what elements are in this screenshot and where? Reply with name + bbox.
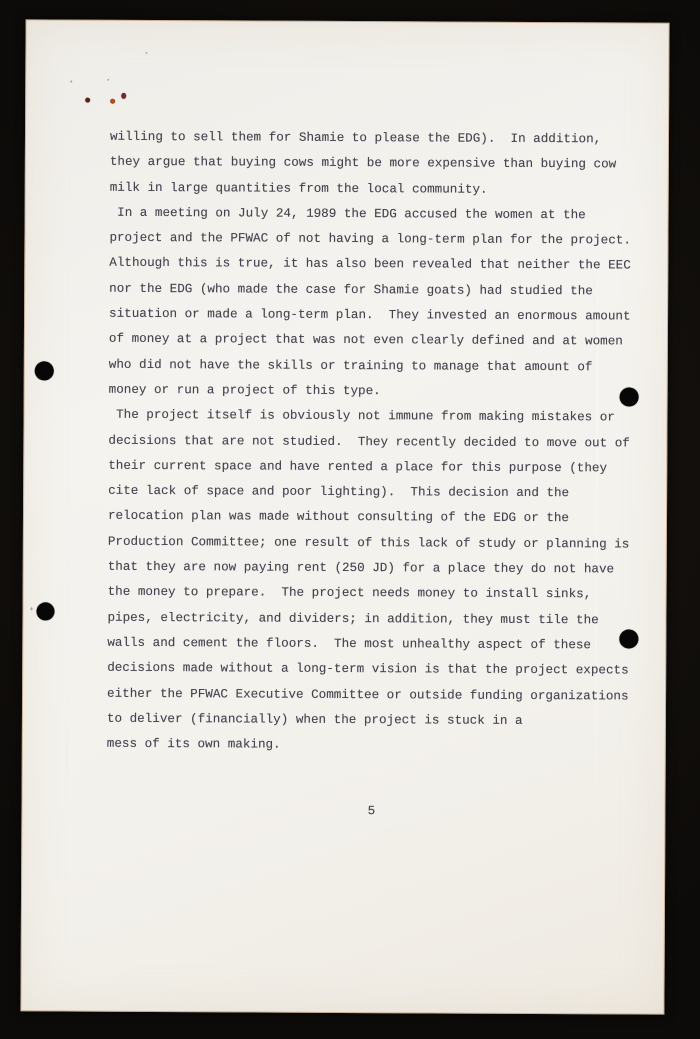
text-line: Although this is true, it has also been … [109, 251, 649, 279]
text-line: mess of its own making. [107, 732, 647, 760]
text-line: they argue that buying cows might be mor… [110, 150, 650, 178]
document-page: willing to sell them for Shamie to pleas… [20, 19, 669, 1014]
text-line: of money at a project that was not even … [109, 327, 649, 355]
dust-speck [31, 607, 33, 610]
text-line: walls and cement the floors. The most un… [107, 631, 647, 659]
text-line: situation or made a long-term plan. They… [109, 302, 649, 330]
text-line: either the PFWAC Executive Committee or … [107, 681, 647, 709]
text-line: pipes, electricity, and dividers; in add… [107, 605, 647, 633]
dust-speck [145, 52, 147, 54]
text-line: In a meeting on July 24, 1989 the EDG ac… [110, 201, 650, 229]
text-line: The project itself is obviously not immu… [108, 403, 648, 431]
punch-dot-left-bottom [36, 602, 54, 620]
punch-dot-left-top [35, 361, 54, 380]
dust-speck [70, 81, 72, 83]
text-line: decisions that are not studied. They rec… [108, 428, 648, 456]
text-line: project and the PFWAC of not having a lo… [109, 226, 649, 254]
photo-background: willing to sell them for Shamie to pleas… [0, 0, 700, 1039]
ink-speck [110, 99, 115, 104]
dust-speck [107, 79, 109, 81]
text-line: the money to prepare. The project needs … [108, 580, 648, 608]
text-line: that they are now paying rent (250 JD) f… [108, 555, 648, 583]
text-line: relocation plan was made without consult… [108, 504, 648, 532]
text-line: their current space and have rented a pl… [108, 454, 648, 482]
text-line: milk in large quantities from the local … [110, 175, 650, 203]
ink-speck [85, 98, 90, 103]
typewritten-text: willing to sell them for Shamie to pleas… [107, 125, 650, 760]
text-line: nor the EDG (who made the case for Shami… [109, 277, 649, 305]
text-line: Production Committee; one result of this… [108, 530, 648, 558]
text-line: decisions made without a long-term visio… [107, 656, 647, 684]
text-line: who did not have the skills or training … [109, 352, 649, 380]
ink-speck [121, 93, 126, 99]
page-number: 5 [106, 798, 636, 826]
text-line: to deliver (financially) when the projec… [107, 707, 647, 735]
text-line: money or run a project of this type. [109, 378, 649, 406]
text-line: cite lack of space and poor lighting). T… [108, 479, 648, 507]
text-line: willing to sell them for Shamie to pleas… [110, 125, 650, 153]
